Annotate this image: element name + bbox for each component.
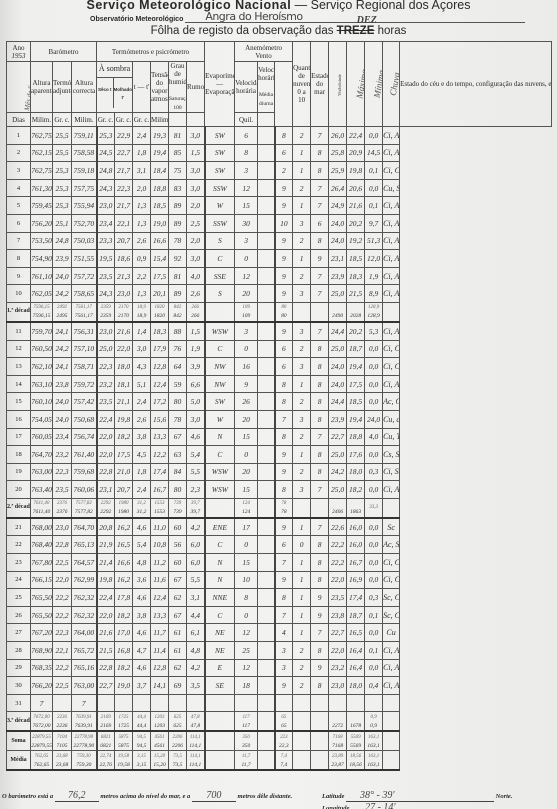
barometer-header: Barómetro: [31, 42, 97, 62]
cell-molh: 18,1: [115, 375, 133, 393]
cell-molh: 21,6: [115, 322, 133, 340]
cell-alt: 754,90: [31, 250, 53, 268]
cell-seco: 21,6: [97, 624, 115, 642]
cell-max: 22,2: [329, 554, 347, 572]
cell-vel2: [258, 624, 275, 642]
cell-seco: 22,0: [97, 428, 115, 446]
cell-evap: 3,9: [187, 358, 205, 376]
cell-corr: 7: [72, 694, 97, 712]
day-number: 8: [7, 250, 31, 268]
shade-header: À sombraSêco tMolhado t': [97, 62, 133, 113]
sky-description: Ci, Ac, Cu. Chuva das 2h às 5m, trovoada…: [383, 144, 400, 162]
summary-min: 1863: [347, 498, 365, 518]
cell-vel: 25: [235, 642, 258, 660]
cell-hum: 78: [169, 410, 187, 428]
cell-rumo: NW: [205, 375, 235, 393]
observatory-value: Angra do Heroísmo: [205, 10, 302, 23]
cell-vis: 8: [311, 446, 329, 464]
cell-seco: 23,1: [97, 481, 115, 499]
cell-vel: 12: [235, 179, 258, 197]
cell-corr: 762,99: [72, 571, 97, 589]
sky-description: Ci, Ac, Cu, Chuva na última hora: [383, 250, 400, 268]
sky-description: Ci, Ac, Cu, Chuva intermitente, das 22h …: [383, 232, 400, 250]
cell-tens: 18,8: [151, 179, 169, 197]
cell-rumo: N: [205, 571, 235, 589]
cell-alt: 762,10: [31, 358, 53, 376]
cell-corr: 757,75: [72, 179, 97, 197]
cell-diff: 3,6: [133, 571, 151, 589]
cell-diff: 4,6: [133, 659, 151, 677]
cell-evap: 3,0: [187, 410, 205, 428]
summary-max: 2406: [329, 498, 347, 518]
cell-min: 22,4: [347, 127, 365, 145]
cell-min: 16,9: [347, 571, 365, 589]
unit-milim: Milim.: [72, 113, 97, 127]
anemometer-header: AnemómetroVento: [235, 42, 293, 62]
cell-nuv: 9: [275, 179, 293, 197]
cell-hum: 75: [169, 162, 187, 180]
cell-rumo: WSW: [205, 463, 235, 481]
summary-evap: 47,847,8: [187, 712, 205, 732]
cell-seco: 20,8: [97, 518, 115, 536]
cell-hum: 60: [169, 518, 187, 536]
cell-hum: 88: [169, 322, 187, 340]
cell-vis: 8: [311, 571, 329, 589]
cell-mar: 2: [293, 463, 311, 481]
cell-vel: 30: [235, 214, 258, 232]
cell-vel: 6: [235, 127, 258, 145]
unit-milim: Milim.: [31, 113, 53, 127]
cell-seco: 19,8: [97, 571, 115, 589]
wet-bulb-header: Molhado t': [114, 78, 133, 108]
summary-label: 3.ª década: [7, 712, 31, 732]
cell-nuv: 6: [275, 340, 293, 358]
summary-vel2: [258, 498, 275, 518]
cell-hum: 56: [169, 536, 187, 554]
summary-chuva: 163,1163,1: [365, 731, 383, 751]
cell-mar: 3: [293, 481, 311, 499]
cell-mar: 2: [293, 642, 311, 660]
cell-molh: 18,2: [115, 606, 133, 624]
cell-vel2: [258, 322, 275, 340]
vapor-tension-header: Tensão do vapor atmosférico: [151, 62, 169, 113]
cell-min: 20,2: [347, 322, 365, 340]
summary-term: 24922495: [53, 302, 72, 322]
cell-term: 25,3: [53, 162, 72, 180]
cell-rumo: W: [205, 410, 235, 428]
cell-max: 25,0: [329, 285, 347, 303]
cell-nuv: 8: [275, 393, 293, 411]
cell-vel: 15: [235, 554, 258, 572]
cell-vel2: [258, 481, 275, 499]
cell-tens: 17,5: [151, 267, 169, 285]
cell-evap: 2,6: [187, 285, 205, 303]
table-row: 11759,7024,1756,3123,021,61,418,3881,5WS…: [7, 322, 552, 340]
cell-min: 19,4: [347, 358, 365, 376]
cell-vis: 8: [311, 677, 329, 695]
cell-corr: 751,55: [72, 250, 97, 268]
cell-diff: 1,3: [133, 285, 151, 303]
day-number: 13: [7, 358, 31, 376]
sky-description: Ci, Ac, Cb, Cu, St, Trovoada: [383, 214, 400, 232]
thermometers-header: Termómetros e psicrómetro: [97, 42, 205, 62]
cell-chuva: 24,0: [365, 410, 383, 428]
cell-vis: [311, 694, 329, 712]
sky-description: Ci, Ac, Cu: [383, 659, 400, 677]
sky-description: Cu, aguaceiros na última hora: [383, 410, 400, 428]
cell-max: 24,4: [329, 393, 347, 411]
cell-nuv: 8: [275, 428, 293, 446]
cell-evap: 3,5: [187, 677, 205, 695]
day-number: 25: [7, 589, 31, 607]
cell-mar: 1: [293, 518, 311, 536]
cell-corr: 756,31: [72, 322, 97, 340]
summary-row: 3.ª década7672,007672,00223622367639,917…: [7, 712, 552, 732]
summary-nuv: 8080: [275, 302, 293, 322]
cell-nuv: 6: [275, 536, 293, 554]
cell-term: 24,8: [53, 232, 72, 250]
cell-alt: 760,05: [31, 428, 53, 446]
cell-nuv: 9: [275, 197, 293, 215]
summary-seco: 22,7422,76: [97, 751, 115, 771]
summary-mar: [293, 302, 311, 322]
cell-seco: 23,5: [97, 267, 115, 285]
cell-max: 25,9: [329, 162, 347, 180]
cell-rumo: C: [205, 536, 235, 554]
table-row: 30766,2022,5763,0022,719,03,714,1693,5SE…: [7, 677, 552, 695]
cell-term: 23,4: [53, 428, 72, 446]
cell-vel2: [258, 267, 275, 285]
cell-alt: 760,50: [31, 340, 53, 358]
cell-max: 22,2: [329, 536, 347, 554]
sky-description: Ci, Ac, Cu, St, Chuva às 01h30m: [383, 285, 400, 303]
cell-corr: 757,42: [72, 393, 97, 411]
table-row: 6756,2025,1752,7023,422,11,319,0892,5SSW…: [7, 214, 552, 232]
cell-chuva: 0,0: [365, 340, 383, 358]
cell-evap: 4,6: [187, 428, 205, 446]
cell-corr: 752,70: [72, 214, 97, 232]
cell-molh: 21,0: [115, 463, 133, 481]
cell-max: 23,5: [329, 589, 347, 607]
cell-hum: 89: [169, 214, 187, 232]
day-number: 19: [7, 463, 31, 481]
cell-molh: 17,8: [115, 589, 133, 607]
cell-mar: 3: [293, 322, 311, 340]
cell-molh: 21,7: [115, 162, 133, 180]
cell-diff: 4,3: [133, 358, 151, 376]
cell-corr: 764,70: [72, 518, 97, 536]
cell-alt: 762,15: [31, 144, 53, 162]
cell-vel2: [258, 642, 275, 660]
cell-term: 25,5: [53, 144, 72, 162]
cell-diff: 1,8: [133, 144, 151, 162]
cell-min: 20,9: [347, 144, 365, 162]
cell-corr: 763,00: [72, 677, 97, 695]
sky-description: Cu: [383, 624, 400, 642]
cell-vis: 7: [311, 322, 329, 340]
unit-grc: Gr. c.: [133, 113, 151, 127]
cell-corr: 764,57: [72, 554, 97, 572]
cell-tens: 12,4: [151, 375, 169, 393]
summary-chuva: 33,3: [365, 498, 383, 518]
cell-alt: 765,50: [31, 606, 53, 624]
cell-rumo: S: [205, 285, 235, 303]
cell-alt: 756,20: [31, 214, 53, 232]
cell-term: 23,8: [53, 375, 72, 393]
cell-nuv: 10: [275, 214, 293, 232]
summary-row: Soma22879,5522879,557104710522778,902277…: [7, 731, 552, 751]
sky-description: Ci, Ac, Cu, St, Chuva intermitente, desd…: [383, 322, 400, 340]
summary-label: Média: [7, 751, 31, 771]
cell-chuva: 0,1: [365, 162, 383, 180]
cell-vis: 7: [311, 197, 329, 215]
cell-rumo: ENE: [205, 518, 235, 536]
cell-rumo: SE: [205, 677, 235, 695]
cell-evap: 6,1: [187, 624, 205, 642]
cell-diff: 2,2: [133, 267, 151, 285]
cell-seco: 21,4: [97, 554, 115, 572]
cell-term: 22,5: [53, 554, 72, 572]
days-header: Dias: [7, 113, 31, 127]
summary-alt: 7596,157596,15: [31, 302, 53, 322]
cell-nuv: 9: [275, 250, 293, 268]
cell-min: 20,6: [347, 179, 365, 197]
summary-vis: [311, 302, 329, 322]
cell-rumo: SSW: [205, 179, 235, 197]
cell-evap: 4,0: [187, 267, 205, 285]
cell-vel: [235, 694, 258, 712]
barometer-height-value: 76,2: [55, 790, 99, 802]
table-row: 1762,7525,5759,1125,322,92,419,3813,0SW6…: [7, 127, 552, 145]
summary-label: 2.ª década: [7, 498, 31, 518]
table-row: 20763,4023,5760,0623,120,72,416,7802,3WS…: [7, 481, 552, 499]
cell-max: 24,0: [329, 358, 347, 376]
cell-nuv: 9: [275, 677, 293, 695]
summary-mar: [293, 498, 311, 518]
cell-hum: 64: [169, 358, 187, 376]
cell-alt: 762,75: [31, 162, 53, 180]
cell-min: [347, 694, 365, 712]
maximum-header: Máxima: [347, 42, 365, 127]
cell-molh: 18,2: [115, 428, 133, 446]
cell-chuva: 4,0: [365, 428, 383, 446]
summary-label: 1.ª década: [7, 302, 31, 322]
cell-chuva: 0,3: [365, 589, 383, 607]
cell-vis: 8: [311, 554, 329, 572]
cell-hum: 61: [169, 642, 187, 660]
cell-alt: 768,00: [31, 518, 53, 536]
cell-nuv: 8: [275, 589, 293, 607]
cell-chuva: 5,3: [365, 322, 383, 340]
cell-vel2: [258, 393, 275, 411]
table-row: 12760,5024,2757,1025,022,03,017,9761,9C0…: [7, 340, 552, 358]
cell-nuv: 3: [275, 659, 293, 677]
cell-rumo: N: [205, 428, 235, 446]
cell-evap: 5,5: [187, 571, 205, 589]
cell-vel: 8: [235, 589, 258, 607]
sky-description: Ci, Ac, Cu: [383, 642, 400, 660]
table-row: 26765,5022,2762,3222,018,23,813,3674,4C0…: [7, 606, 552, 624]
cell-diff: 1,3: [133, 197, 151, 215]
cell-chuva: 14,5: [365, 144, 383, 162]
day-number: 17: [7, 428, 31, 446]
cell-mar: 2: [293, 677, 311, 695]
cell-chuva: 0,0: [365, 358, 383, 376]
summary-corr: 7639,917639,91: [72, 712, 97, 732]
cell-hum: 67: [169, 606, 187, 624]
cell-vel2: [258, 285, 275, 303]
cell-vel2: [258, 179, 275, 197]
day-number: 14: [7, 375, 31, 393]
cell-rumo: N: [205, 554, 235, 572]
summary-tens: 45614561: [151, 731, 169, 751]
cell-max: 22,7: [329, 624, 347, 642]
cell-vel: 12: [235, 659, 258, 677]
summary-description: [383, 302, 400, 322]
cell-corr: 757,72: [72, 267, 97, 285]
summary-hum: 842842: [169, 302, 187, 322]
cell-mar: 1: [293, 589, 311, 607]
summary-alt: 7611,407611,40: [31, 498, 53, 518]
sky-description: Ci, Cu: [383, 554, 400, 572]
cell-alt: 768,90: [31, 642, 53, 660]
cell-min: 16,5: [347, 624, 365, 642]
cell-vis: 7: [311, 481, 329, 499]
table-row: 7753,5024,8750,0323,320,72,616,6782,0S39…: [7, 232, 552, 250]
cell-evap: 4,8: [187, 642, 205, 660]
day-number: 9: [7, 267, 31, 285]
day-number: 22: [7, 536, 31, 554]
day-number: 4: [7, 179, 31, 197]
summary-nuv: 22322,3: [275, 731, 293, 751]
cell-vis: 7: [311, 428, 329, 446]
cell-tens: 11,7: [151, 624, 169, 642]
cell-vis: 9: [311, 250, 329, 268]
cell-corr: 759,18: [72, 162, 97, 180]
cell-hum: 80: [169, 481, 187, 499]
cell-diff: 4,8: [133, 554, 151, 572]
cell-vis: 7: [311, 624, 329, 642]
cell-mar: 3: [293, 285, 311, 303]
cell-term: 24,0: [53, 267, 72, 285]
cell-rumo: NE: [205, 624, 235, 642]
cell-min: 18,7: [347, 340, 365, 358]
cell-vis: 8: [311, 393, 329, 411]
cell-vel2: [258, 232, 275, 250]
summary-evap: 39,739,7: [187, 498, 205, 518]
cell-max: 24,2: [329, 463, 347, 481]
table-row: 28768,9022,1765,7221,516,84,711,4614,8NE…: [7, 642, 552, 660]
cell-mar: 3: [293, 214, 311, 232]
visibility-header: Visibilidade: [329, 42, 347, 127]
sky-description: Ci, Ac, Cu, St, Chuva fraca: [383, 197, 400, 215]
summary-label: Soma: [7, 731, 31, 751]
summary-hum: 625625: [169, 712, 187, 732]
summary-nuv: 7878: [275, 498, 293, 518]
table-row: 29768,3522,2765,1622,818,24,612,8624,2E1…: [7, 659, 552, 677]
cell-mar: 2: [293, 179, 311, 197]
day-number: 23: [7, 554, 31, 572]
cell-term: 22,3: [53, 624, 72, 642]
cell-evap: 3,1: [187, 589, 205, 607]
cell-molh: 20,7: [115, 232, 133, 250]
sky-description: [383, 694, 400, 712]
cell-vel: 20: [235, 410, 258, 428]
cell-chuva: 0,0: [365, 481, 383, 499]
cell-rumo: NNE: [205, 589, 235, 607]
cell-diff: 3,0: [133, 340, 151, 358]
cell-vel2: [258, 214, 275, 232]
cell-tens: 18,4: [151, 162, 169, 180]
cell-chuva: 0,0: [365, 375, 383, 393]
sky-state-header: Estado do céu e do tempo, configuração d…: [400, 42, 552, 127]
sky-description: Ci, Cu: [383, 571, 400, 589]
cell-alt: 764,70: [31, 446, 53, 464]
cell-hum: 84: [169, 463, 187, 481]
cell-chuva: 0,0: [365, 554, 383, 572]
summary-min: 55695569: [347, 731, 365, 751]
summary-max: 71687168: [329, 731, 347, 751]
cell-tens: 12,8: [151, 659, 169, 677]
cell-chuva: 0,0: [365, 571, 383, 589]
cell-mar: 1: [293, 606, 311, 624]
summary-corr: 22778,9022778,90: [72, 731, 97, 751]
summary-evap: 114,1114,1: [187, 751, 205, 771]
cell-vel: 0: [235, 340, 258, 358]
cell-tens: 11,6: [151, 571, 169, 589]
barometer-distance-value: 700: [192, 790, 236, 802]
summary-vel2: [258, 712, 275, 732]
cell-diff: 4,5: [133, 446, 151, 464]
cell-vel2: [258, 554, 275, 572]
cell-molh: 18,0: [115, 358, 133, 376]
cell-rumo: SW: [205, 127, 235, 145]
cell-diff: 3,8: [133, 606, 151, 624]
cell-alt: 765,50: [31, 589, 53, 607]
cell-nuv: 8: [275, 127, 293, 145]
cell-evap: 2,3: [187, 481, 205, 499]
table-row: 25765,5022,2762,3222,417,84,612,4623,1NN…: [7, 589, 552, 607]
cell-seco: 22,8: [97, 463, 115, 481]
cell-diff: 5,1: [133, 375, 151, 393]
summary-max: 2272: [329, 712, 347, 732]
cloud-amount-header: Quantidade de nuvens 0 a 10: [293, 42, 311, 127]
cell-max: 26,0: [329, 127, 347, 145]
cell-rumo: C: [205, 340, 235, 358]
cell-rumo: SW: [205, 144, 235, 162]
cell-nuv: 9: [275, 463, 293, 481]
cell-nuv: 7: [275, 606, 293, 624]
summary-vel2: [258, 302, 275, 322]
cell-tens: 16,6: [151, 232, 169, 250]
cell-tens: [151, 694, 169, 712]
day-number: 3: [7, 162, 31, 180]
cell-chuva: 0,0: [365, 127, 383, 145]
cell-seco: 24,3: [97, 179, 115, 197]
cell-vel: 20: [235, 463, 258, 481]
cell-hum: 89: [169, 285, 187, 303]
cell-min: 18,8: [347, 428, 365, 446]
cell-molh: 18,6: [115, 250, 133, 268]
cell-corr: 755,94: [72, 197, 97, 215]
cell-vel: 3: [235, 322, 258, 340]
cell-molh: 16,6: [115, 554, 133, 572]
cell-vel2: [258, 694, 275, 712]
cell-seco: 25,3: [97, 127, 115, 145]
cell-alt: 754,05: [31, 410, 53, 428]
cell-vel: 3: [235, 162, 258, 180]
cell-vel2: [258, 446, 275, 464]
